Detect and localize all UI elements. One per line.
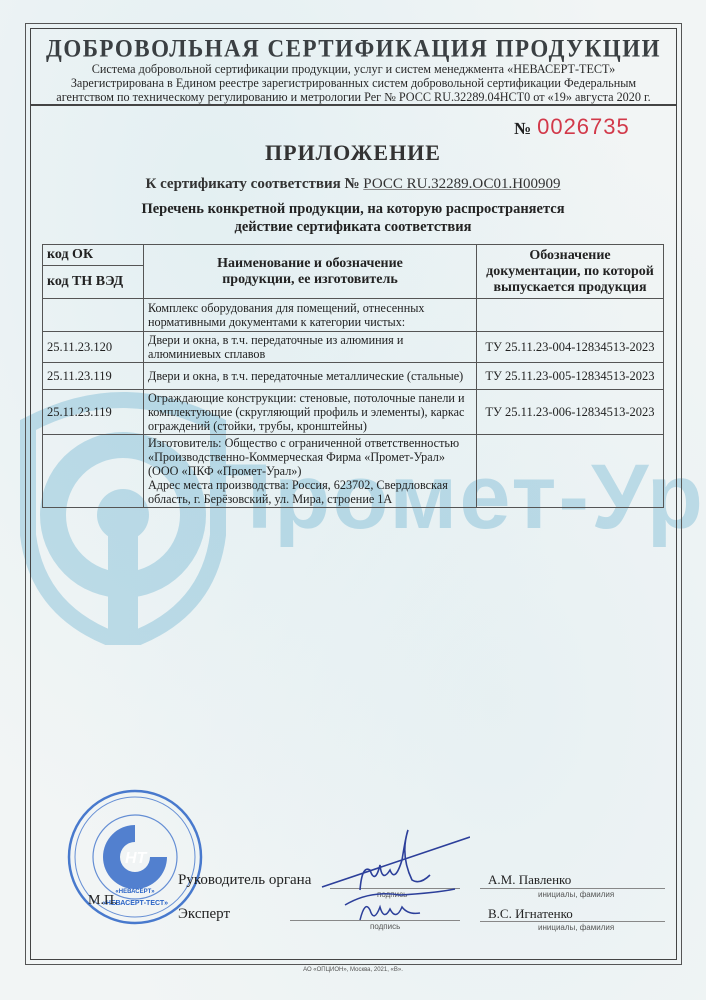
print-info: АО «ОПЦИОН», Москва, 2021, «В».	[0, 967, 706, 973]
manufacturer-doc-empty	[477, 435, 664, 508]
row-doc	[477, 299, 664, 332]
products-table: код ОК Наименование и обозначение продук…	[42, 244, 664, 508]
manufacturer-info: Изготовитель: Общество с ограниченной от…	[144, 435, 477, 508]
expert-name: В.С. Игнатенко	[488, 906, 573, 922]
system-description: Система добровольной сертификации продук…	[31, 62, 676, 76]
manufacturer-line-1: Изготовитель: Общество с ограниченной от…	[148, 436, 472, 450]
header-documentation: Обозначение документации, по которой вып…	[477, 245, 664, 299]
head-name-line	[480, 888, 665, 889]
head-name: А.М. Павленко	[488, 872, 571, 888]
manufacturer-line-3: (ООО «ПКФ «Промет-Урал»)	[148, 464, 472, 478]
expert-signature-icon	[340, 885, 460, 930]
registration-line-1: Зарегистрирована в Едином реестре зареги…	[31, 76, 676, 90]
header-product-name: Наименование и обозначение продукции, ее…	[144, 245, 477, 299]
certificate-reference: К сертификату соответствия № РОСС RU.322…	[0, 176, 706, 193]
certificate-reference-label: К сертификату соответствия №	[145, 176, 359, 192]
row-code: 25.11.23.119	[43, 390, 144, 435]
form-number-value: 0026735	[537, 114, 630, 139]
manufacturer-code-empty	[43, 435, 144, 508]
table-row: 25.11.23.120 Двери и окна, в т.ч. переда…	[43, 332, 664, 363]
head-name-caption: инициалы, фамилия	[538, 890, 614, 899]
row-name: Ограждающие конструкции: стеновые, потол…	[144, 390, 477, 435]
row-code	[43, 299, 144, 332]
row-doc: ТУ 25.11.23-004-12834513-2023	[477, 332, 664, 363]
row-name: Комплекс оборудования для помещений, отн…	[144, 299, 477, 332]
product-list-title: Перечень конкретной продукции, на котору…	[0, 200, 706, 236]
manufacturer-address: Адрес места производства: Россия, 623702…	[148, 478, 472, 506]
expert-label: Эксперт	[178, 906, 230, 923]
row-name: Двери и окна, в т.ч. передаточные металл…	[144, 363, 477, 390]
certification-header: ДОБРОВОЛЬНАЯ СЕРТИФИКАЦИЯ ПРОДУКЦИИ Сист…	[31, 29, 676, 106]
manufacturer-row: Изготовитель: Общество с ограниченной от…	[43, 435, 664, 508]
table-row: Комплекс оборудования для помещений, отн…	[43, 299, 664, 332]
product-list-title-line1: Перечень конкретной продукции, на котору…	[0, 200, 706, 218]
form-number-label: №	[514, 119, 531, 138]
certificate-number: РОСС RU.32289.ОС01.Н00909	[363, 176, 560, 192]
head-of-body-label: Руководитель органа	[178, 872, 311, 889]
system-title: ДОБРОВОЛЬНАЯ СЕРТИФИКАЦИЯ ПРОДУКЦИИ	[31, 35, 676, 64]
product-list-title-line2: действие сертификата соответствия	[0, 218, 706, 236]
form-number: №0026735	[514, 114, 630, 140]
table-header-row: код ОК Наименование и обозначение продук…	[43, 245, 664, 266]
seal-place-label: М.П.	[88, 893, 118, 909]
row-doc: ТУ 25.11.23-006-12834513-2023	[477, 390, 664, 435]
registration-line-2: агентством по техническому регулированию…	[31, 90, 676, 104]
stamp-center-text: НТ	[125, 850, 148, 867]
table-row: 25.11.23.119 Ограждающие конструкции: ст…	[43, 390, 664, 435]
stamp-inner-text: «НЕВАСЕРТ»	[115, 889, 155, 895]
header-code-tnved: код ТН ВЭД	[43, 266, 144, 299]
manufacturer-line-2: «Производственно-Коммерческая Фирма «Про…	[148, 450, 472, 464]
table-row: 25.11.23.119 Двери и окна, в т.ч. переда…	[43, 363, 664, 390]
row-doc: ТУ 25.11.23-005-12834513-2023	[477, 363, 664, 390]
header-code-ok: код ОК	[43, 245, 144, 266]
row-code: 25.11.23.119	[43, 363, 144, 390]
expert-name-line	[480, 921, 665, 922]
row-code: 25.11.23.120	[43, 332, 144, 363]
row-name: Двери и окна, в т.ч. передаточные из алю…	[144, 332, 477, 363]
expert-name-caption: инициалы, фамилия	[538, 923, 614, 932]
appendix-title: ПРИЛОЖЕНИЕ	[0, 140, 706, 166]
